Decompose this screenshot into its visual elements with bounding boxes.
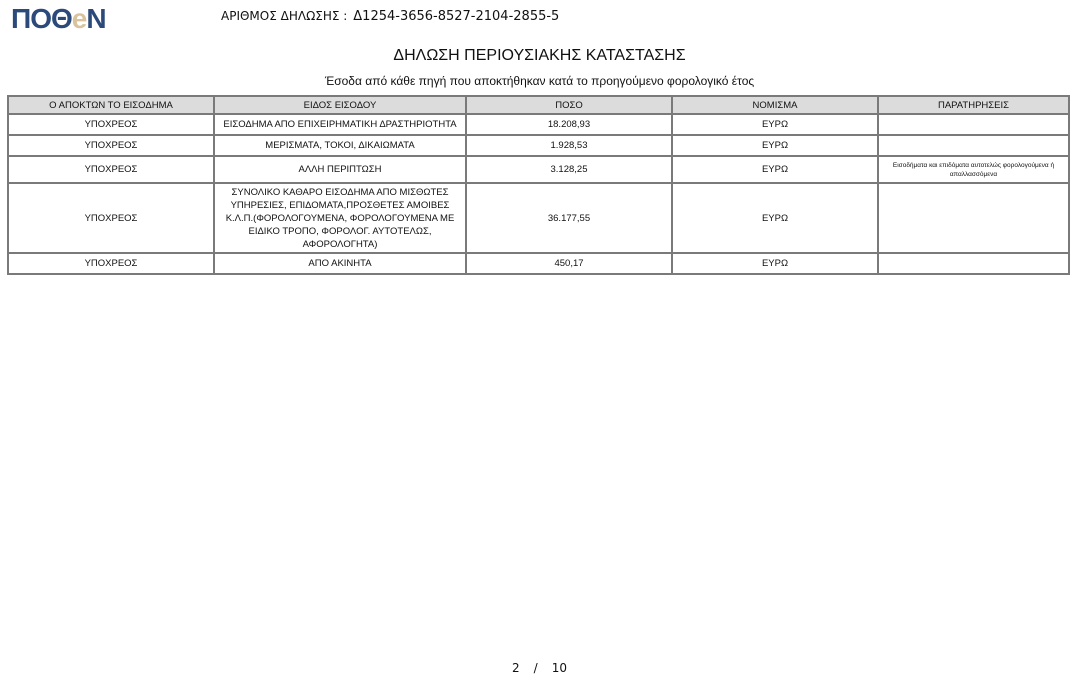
cell-currency: ΕΥΡΩ [672,183,878,253]
cell-amount: 450,17 [466,253,672,274]
cell-currency: ΕΥΡΩ [672,114,878,135]
cell-notes [878,253,1069,274]
cell-owner: ΥΠΟΧΡΕΟΣ [8,253,214,274]
cell-type: ΑΠΟ ΑΚΙΝΗΤΑ [214,253,466,274]
logo-part: ΠΟΘ [11,3,72,34]
cell-amount: 18.208,93 [466,114,672,135]
cell-notes: Εισοδήματα και επιδόματα αυτοτελώς φορολ… [878,156,1069,183]
logo-part: Ν [86,3,105,34]
cell-currency: ΕΥΡΩ [672,253,878,274]
cell-currency: ΕΥΡΩ [672,156,878,183]
declaration-number: Δ1254-3656-8527-2104-2855-5 [353,9,559,24]
cell-type: ΜΕΡΙΣΜΑΤΑ, ΤΟΚΟΙ, ΔΙΚΑΙΩΜΑΤΑ [214,135,466,156]
cell-amount: 1.928,53 [466,135,672,156]
cell-notes [878,183,1069,253]
cell-owner: ΥΠΟΧΡΕΟΣ [8,183,214,253]
income-table: Ο ΑΠΟΚΤΩΝ ΤΟ ΕΙΣΟΔΗΜΑ ΕΙΔΟΣ ΕΙΣΟΔΟΥ ΠΟΣΟ… [7,95,1070,275]
page-subtitle: Έσοδα από κάθε πηγή που αποκτήθηκαν κατά… [0,74,1079,88]
column-header: ΠΟΣΟ [466,96,672,114]
column-header: ΝΟΜΙΣΜΑ [672,96,878,114]
table-row: ΥΠΟΧΡΕΟΣ ΑΠΟ ΑΚΙΝΗΤΑ 450,17 ΕΥΡΩ [8,253,1069,274]
current-page: 2 [512,661,520,675]
table-row: ΥΠΟΧΡΕΟΣ ΣΥΝΟΛΙΚΟ ΚΑΘΑΡΟ ΕΙΣΟΔΗΜΑ ΑΠΟ ΜΙ… [8,183,1069,253]
page-separator: / [534,661,538,675]
page-indicator: 2/10 [0,661,1079,675]
cell-type: ΕΙΣΟΔΗΜΑ ΑΠΟ ΕΠΙΧΕΙΡΗΜΑΤΙΚΗ ΔΡΑΣΤΗΡΙΟΤΗΤ… [214,114,466,135]
column-header: ΕΙΔΟΣ ΕΙΣΟΔΟΥ [214,96,466,114]
total-pages: 10 [552,661,567,675]
cell-notes [878,114,1069,135]
table-header-row: Ο ΑΠΟΚΤΩΝ ΤΟ ΕΙΣΟΔΗΜΑ ΕΙΔΟΣ ΕΙΣΟΔΟΥ ΠΟΣΟ… [8,96,1069,114]
cell-type: ΑΛΛΗ ΠΕΡΙΠΤΩΣΗ [214,156,466,183]
page-title: ΔΗΛΩΣΗ ΠΕΡΙΟΥΣΙΑΚΗΣ ΚΑΤΑΣΤΑΣΗΣ [0,47,1079,65]
logo: ΠΟΘeΝ [11,4,106,34]
declaration-number-line: ΑΡΙΘΜΟΣ ΔΗΛΩΣΗΣ :Δ1254-3656-8527-2104-28… [221,9,559,24]
table-row: ΥΠΟΧΡΕΟΣ ΕΙΣΟΔΗΜΑ ΑΠΟ ΕΠΙΧΕΙΡΗΜΑΤΙΚΗ ΔΡΑ… [8,114,1069,135]
table-row: ΥΠΟΧΡΕΟΣ ΑΛΛΗ ΠΕΡΙΠΤΩΣΗ 3.128,25 ΕΥΡΩ Ει… [8,156,1069,183]
table-row: ΥΠΟΧΡΕΟΣ ΜΕΡΙΣΜΑΤΑ, ΤΟΚΟΙ, ΔΙΚΑΙΩΜΑΤΑ 1.… [8,135,1069,156]
cell-owner: ΥΠΟΧΡΕΟΣ [8,156,214,183]
declaration-label: ΑΡΙΘΜΟΣ ΔΗΛΩΣΗΣ : [221,9,347,23]
column-header: ΠΑΡΑΤΗΡΗΣΕΙΣ [878,96,1069,114]
column-header: Ο ΑΠΟΚΤΩΝ ΤΟ ΕΙΣΟΔΗΜΑ [8,96,214,114]
logo-part: e [72,3,87,34]
cell-owner: ΥΠΟΧΡΕΟΣ [8,114,214,135]
cell-amount: 3.128,25 [466,156,672,183]
cell-amount: 36.177,55 [466,183,672,253]
cell-type: ΣΥΝΟΛΙΚΟ ΚΑΘΑΡΟ ΕΙΣΟΔΗΜΑ ΑΠΟ ΜΙΣΘΩΤΕΣ ΥΠ… [214,183,466,253]
cell-notes [878,135,1069,156]
cell-currency: ΕΥΡΩ [672,135,878,156]
cell-owner: ΥΠΟΧΡΕΟΣ [8,135,214,156]
